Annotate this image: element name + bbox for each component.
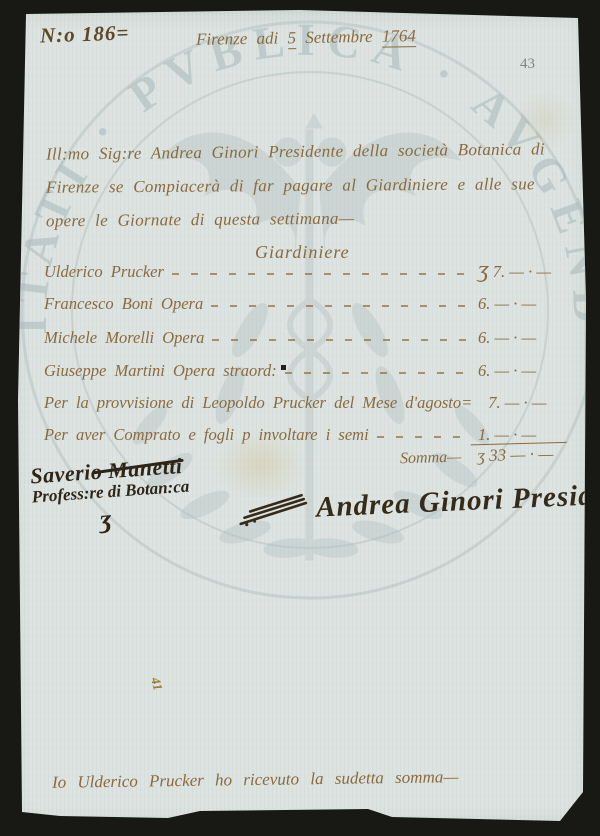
dateline-day: 5 bbox=[287, 28, 296, 49]
ledger-label: Per la provvisione di Leopoldo Prucker d… bbox=[44, 393, 472, 413]
signature-manetti: Saverio Manetti Profess:re di Botan:ca ʒ bbox=[30, 453, 193, 540]
paper-watermark-seal: ITATI · PVBLICA · AVGEND bbox=[0, 0, 600, 836]
signature-flourish-icon bbox=[237, 491, 310, 528]
amount-value: 7. — · — bbox=[488, 393, 546, 412]
body-line: opere le Giornate di questa settimana— bbox=[46, 209, 354, 232]
somma-label: Somma— bbox=[400, 449, 462, 469]
somma-amount: ʒ 33 — · — bbox=[471, 442, 568, 467]
screenshot-root: { "header": { "number": "N:o 186=", "dat… bbox=[0, 0, 600, 836]
amount-value: 6. — · — bbox=[478, 361, 536, 380]
signature-ginori: Andrea Ginori Presid: bbox=[237, 478, 600, 528]
signature-manetti-paraph: ʒ bbox=[99, 498, 193, 534]
currency-symbol: ʒ bbox=[478, 257, 489, 283]
ledger-row: Francesco Boni Opera 6. — · — bbox=[44, 294, 552, 314]
dashed-leader bbox=[172, 273, 470, 275]
ledger-label: Giuseppe Martini Opera straord: bbox=[44, 361, 277, 381]
ledger-amount: 6. — · — bbox=[478, 328, 552, 348]
section-heading: Giardiniere bbox=[255, 242, 350, 263]
ledger-amount: 6. — · — bbox=[478, 361, 552, 381]
ledger-label: Michele Morelli Opera bbox=[44, 328, 204, 348]
ledger-label: Ulderico Prucker bbox=[44, 262, 164, 282]
signature-ginori-name: Andrea Ginori Presid: bbox=[315, 479, 600, 525]
dateline: Firenze adi 5 Settembre 1764 bbox=[196, 26, 416, 50]
dashed-leader bbox=[285, 372, 470, 374]
amount-value: 6. — · — bbox=[478, 294, 536, 313]
ledger-amount: 6. — · — bbox=[478, 294, 552, 314]
ledger-row: Per la provvisione di Leopoldo Prucker d… bbox=[44, 393, 552, 413]
ledger-row: Michele Morelli Opera 6. — · — bbox=[44, 328, 552, 348]
ledger-amount: ʒ 7. — · — bbox=[478, 262, 552, 282]
ledger-row: Per aver Comprato e fogli p involtare i … bbox=[44, 425, 552, 445]
dashed-leader bbox=[211, 305, 470, 307]
somma-total: Somma— ʒ 33 — · — bbox=[400, 442, 568, 468]
folio-number: 43 bbox=[520, 56, 535, 73]
ledger-label: Francesco Boni Opera bbox=[44, 294, 203, 314]
body-line: Ill:mo Sig:re Andrea Ginori Presidente d… bbox=[46, 139, 545, 164]
ledger-amount: 7. — · — bbox=[488, 393, 562, 413]
amount-value: 1. — · — bbox=[478, 425, 536, 444]
ledger-label: Per aver Comprato e fogli p involtare i … bbox=[44, 425, 369, 445]
ledger-row: Ulderico Prucker ʒ 7. — · — bbox=[44, 262, 552, 282]
document-number: N:o 186= bbox=[40, 20, 130, 48]
dashed-leader bbox=[212, 339, 470, 341]
stray-ink-mark: 41 bbox=[147, 676, 166, 693]
dashed-leader bbox=[377, 436, 470, 438]
body-line: Firenze se Compiacerà di far pagare al G… bbox=[46, 174, 535, 197]
dateline-year: 1764 bbox=[382, 26, 416, 48]
manuscript-page: ITATI · PVBLICA · AVGEND bbox=[0, 0, 600, 836]
ledger-row: Giuseppe Martini Opera straord: 6. — · — bbox=[44, 361, 552, 381]
dateline-place: Firenze adi bbox=[196, 28, 279, 48]
dateline-month: Settembre bbox=[305, 27, 373, 47]
amount-value: 6. — · — bbox=[478, 328, 536, 347]
receipt-line: Io Ulderico Prucker ho ricevuto la sudet… bbox=[52, 767, 459, 793]
amount-value: 7. — · — bbox=[493, 262, 551, 281]
